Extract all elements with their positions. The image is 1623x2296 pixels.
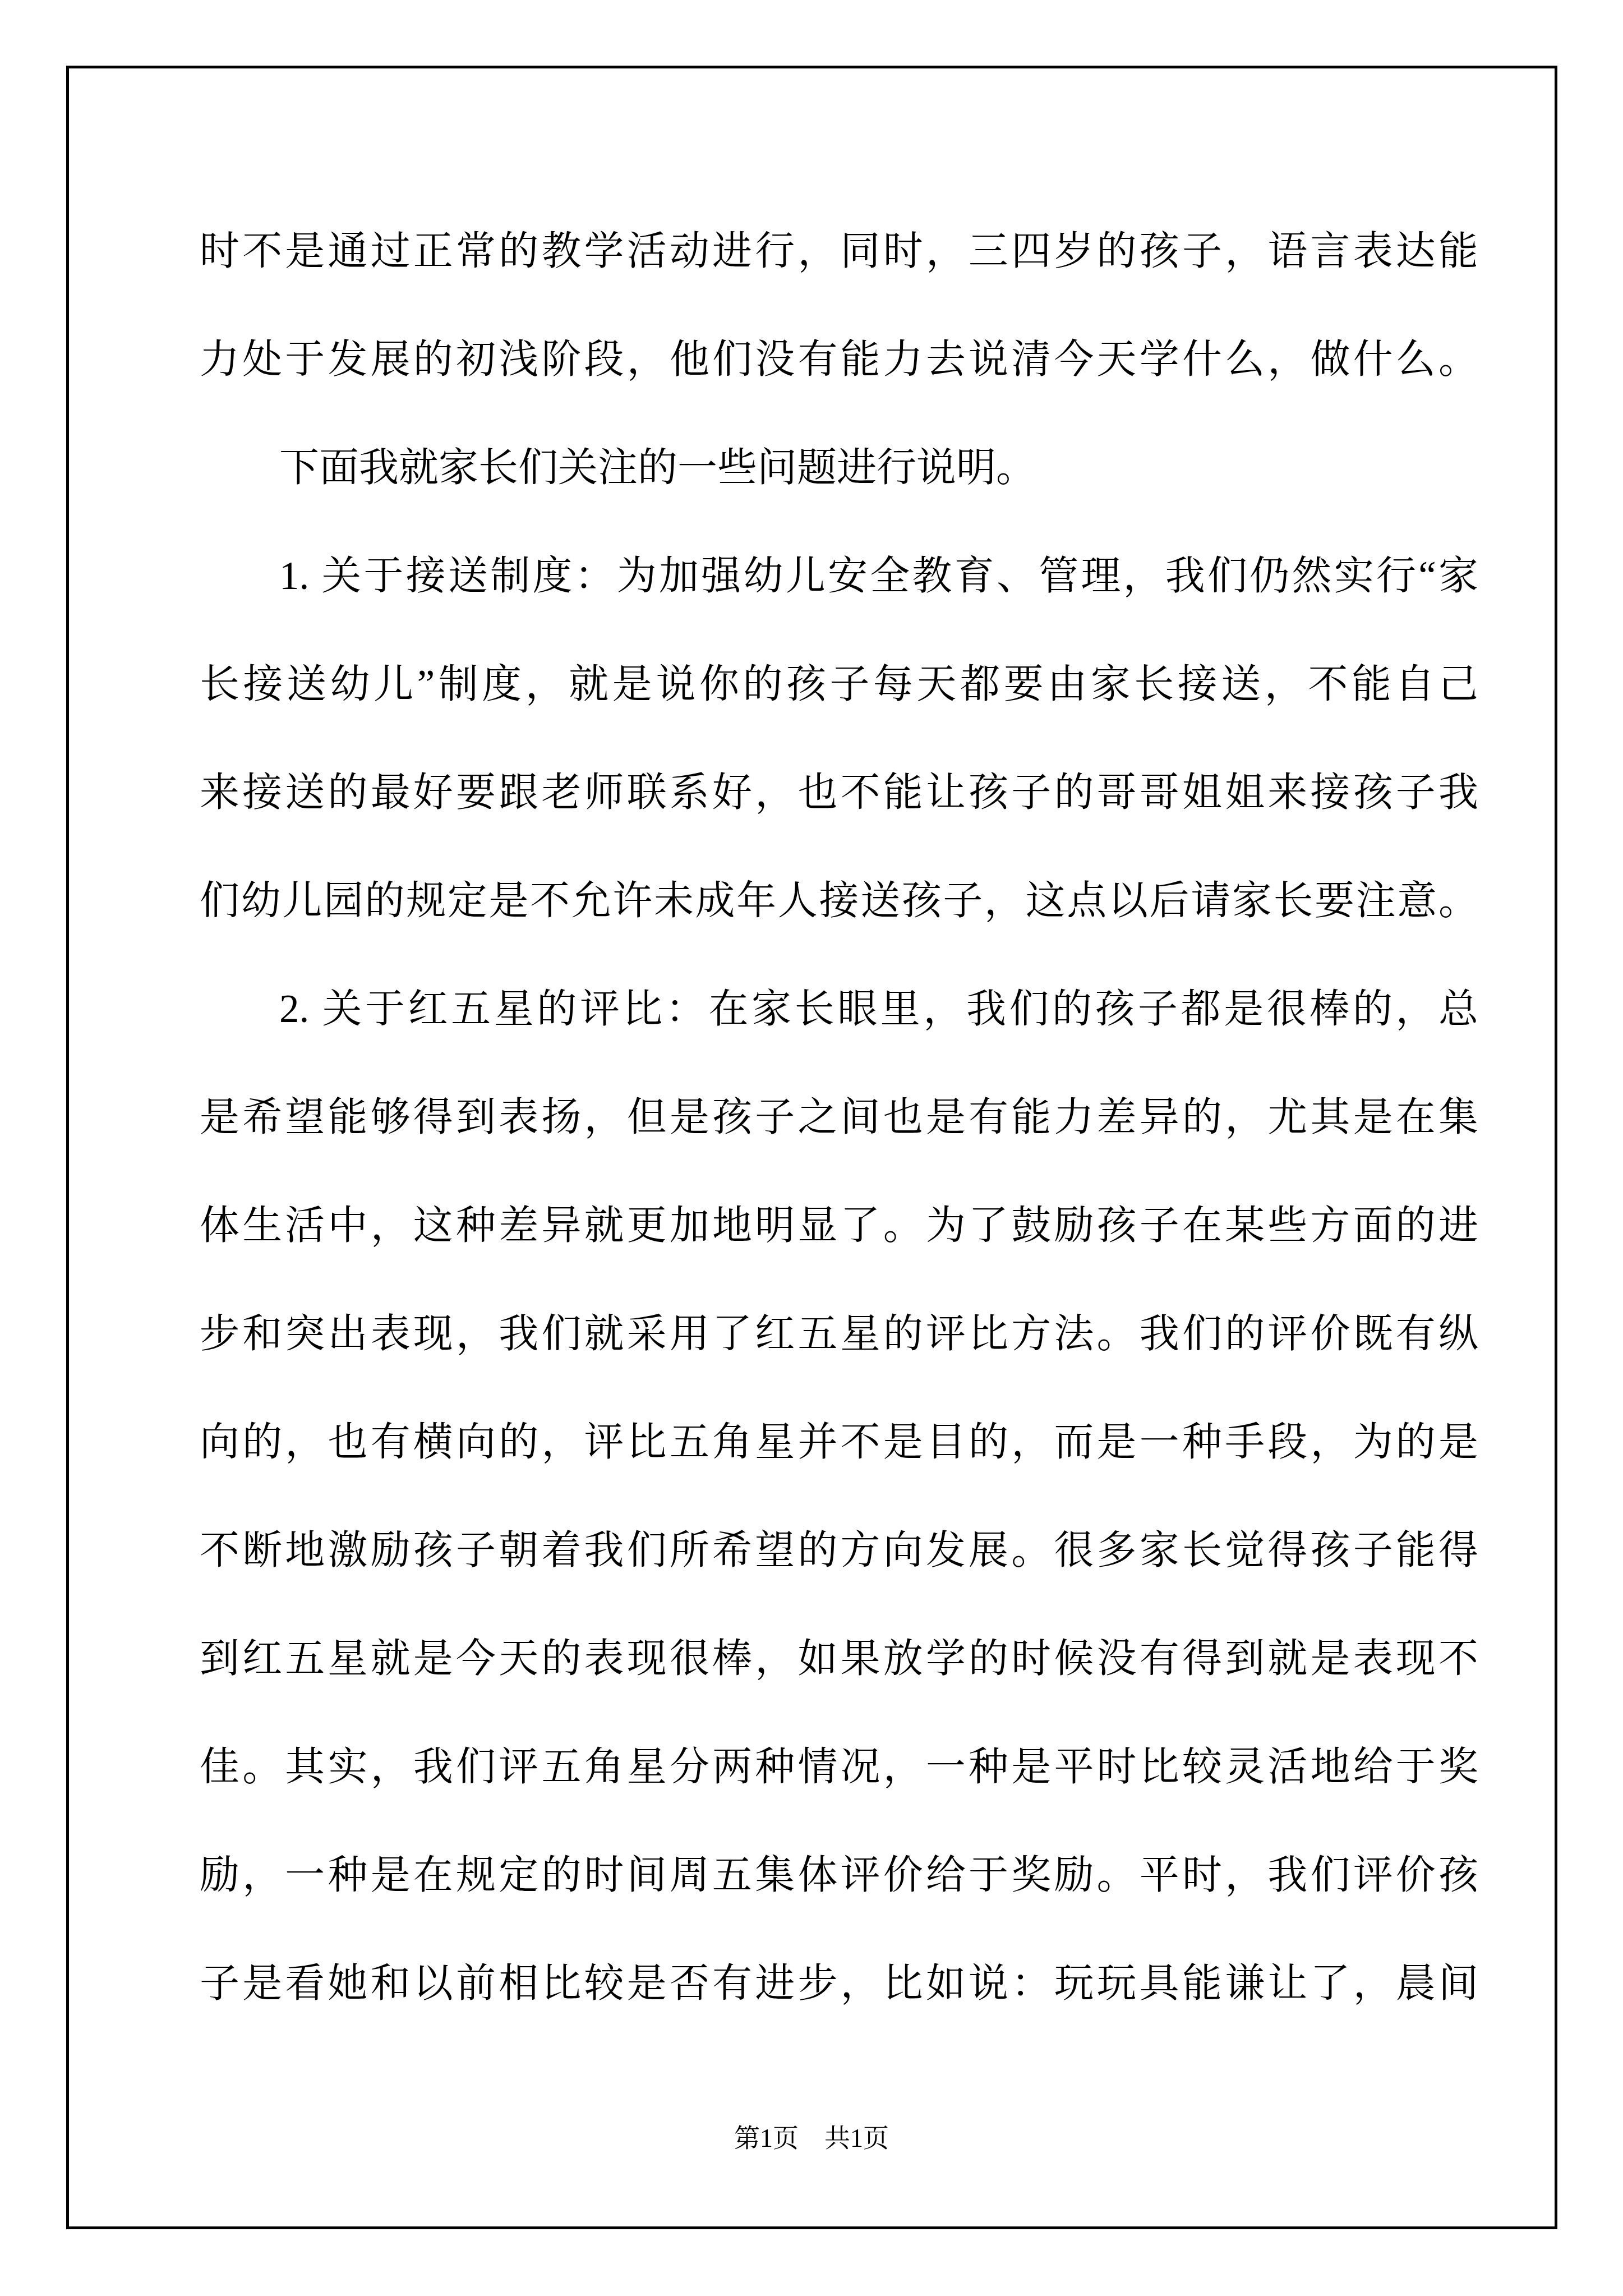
text-line: 到红五星就是今天的表现很棒，如果放学的时候没有得到就是表现不 bbox=[200, 1605, 1478, 1713]
text-line: 体生活中，这种差异就更加地明显了。为了鼓励孩子在某些方面的进 bbox=[200, 1172, 1478, 1280]
text-line: 向的，也有横向的，评比五角星并不是目的，而是一种手段，为的是 bbox=[200, 1388, 1478, 1497]
text-line: 2. 关于红五星的评比：在家长眼里，我们的孩子都是很棒的，总 bbox=[200, 955, 1478, 1064]
text-line: 力处于发展的初浅阶段，他们没有能力去说清今天学什么，做什么。 bbox=[200, 306, 1478, 414]
document-page: 时不是通过正常的教学活动进行，同时，三四岁的孩子，语言表达能 力处于发展的初浅阶… bbox=[0, 0, 1623, 2296]
text-line: 佳。其实，我们评五角星分两种情况，一种是平时比较灵活地给于奖 bbox=[200, 1713, 1478, 1821]
page-number: 第1页 共1页 bbox=[0, 2122, 1623, 2155]
text-line: 步和突出表现，我们就采用了红五星的评比方法。我们的评价既有纵 bbox=[200, 1280, 1478, 1388]
text-line: 来接送的最好要跟老师联系好，也不能让孩子的哥哥姐姐来接孩子我 bbox=[200, 739, 1478, 847]
text-line: 励，一种是在规定的时间周五集体评价给于奖励。平时，我们评价孩 bbox=[200, 1821, 1478, 1930]
text-line: 长接送幼儿”制度，就是说你的孩子每天都要由家长接送，不能自己 bbox=[200, 631, 1478, 739]
text-line: 们幼儿园的规定是不允许未成年人接送孩子，这点以后请家长要注意。 bbox=[200, 847, 1478, 955]
text-line: 下面我就家长们关注的一些问题进行说明。 bbox=[200, 414, 1478, 522]
document-body: 时不是通过正常的教学活动进行，同时，三四岁的孩子，语言表达能 力处于发展的初浅阶… bbox=[200, 197, 1478, 2038]
text-line: 1. 关于接送制度：为加强幼儿安全教育、管理，我们仍然实行“家 bbox=[200, 522, 1478, 631]
text-line: 是希望能够得到表扬，但是孩子之间也是有能力差异的，尤其是在集 bbox=[200, 1064, 1478, 1172]
text-line: 不断地激励孩子朝着我们所希望的方向发展。很多家长觉得孩子能得 bbox=[200, 1497, 1478, 1605]
text-line: 子是看她和以前相比较是否有进步，比如说：玩玩具能谦让了，晨间 bbox=[200, 1930, 1478, 2038]
text-line: 时不是通过正常的教学活动进行，同时，三四岁的孩子，语言表达能 bbox=[200, 197, 1478, 306]
